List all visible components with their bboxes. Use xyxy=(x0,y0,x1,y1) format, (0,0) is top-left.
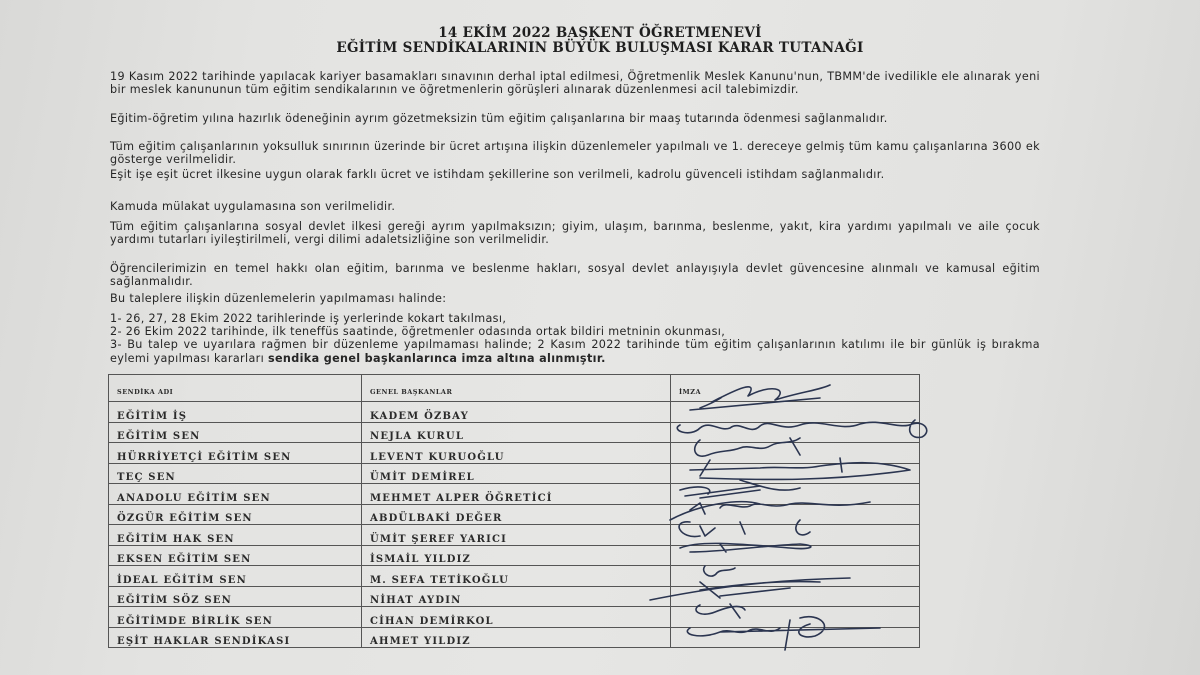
table-row: ANADOLU EĞİTİM SENMEHMET ALPER ÖĞRETİCİ xyxy=(109,484,920,505)
table-row: EĞİTİM SENNEJLA KURUL xyxy=(109,422,920,443)
document-photo: 14 EKİM 2022 BAŞKENT ÖĞRETMENEVİ EĞİTİM … xyxy=(0,0,1200,675)
president-name: ÜMİT DEMİREL xyxy=(362,463,671,484)
president-name: ÜMİT ŞEREF YARICI xyxy=(362,525,671,546)
union-name: EKSEN EĞİTİM SEN xyxy=(109,545,362,566)
signature-cell xyxy=(671,443,920,464)
table-row: ÖZGÜR EĞİTİM SENABDÜLBAKİ DEĞER xyxy=(109,504,920,525)
action-item-2: 2- 26 Ekim 2022 tarihinde, ilk teneffüs … xyxy=(110,325,1040,338)
action-item-3: 3- Bu talep ve uyarılara rağmen bir düze… xyxy=(110,338,1040,364)
header-signature: İMZA xyxy=(671,375,920,402)
table-row: HÜRRİYETÇİ EĞİTİM SENLEVENT KURUOĞLU xyxy=(109,443,920,464)
signature-cell xyxy=(671,566,920,587)
union-name: EĞİTİM İŞ xyxy=(109,402,362,423)
action-item-3-bold: sendika genel başkanlarınca imza altına … xyxy=(268,352,606,365)
header-union-name: SENDİKA ADI xyxy=(109,375,362,402)
president-name: MEHMET ALPER ÖĞRETİCİ xyxy=(362,484,671,505)
president-name: KADEM ÖZBAY xyxy=(362,402,671,423)
union-name: TEÇ SEN xyxy=(109,463,362,484)
header-presidents: GENEL BAŞKANLAR xyxy=(362,375,671,402)
paragraph-1: 19 Kasım 2022 tarihinde yapılacak kariye… xyxy=(110,70,1040,96)
paragraph-5: Kamuda mülakat uygulamasına son verilmel… xyxy=(110,200,1040,213)
table-row: EĞİTİM İŞKADEM ÖZBAY xyxy=(109,402,920,423)
paragraph-4: Eşit işe eşit ücret ilkesine uygun olara… xyxy=(110,168,1040,181)
signature-cell xyxy=(671,402,920,423)
table-row: EĞİTİMDE BİRLİK SENCİHAN DEMİRKOL xyxy=(109,607,920,628)
table-row: EŞİT HAKLAR SENDİKASIAHMET YILDIZ xyxy=(109,627,920,648)
president-name: İSMAİL YILDIZ xyxy=(362,545,671,566)
paragraph-3: Tüm eğitim çalışanlarının yoksulluk sını… xyxy=(110,140,1040,166)
table-row: EĞİTİM HAK SENÜMİT ŞEREF YARICI xyxy=(109,525,920,546)
paragraph-7: Öğrencilerimizin en temel hakkı olan eği… xyxy=(110,262,1040,288)
action-item-1: 1- 26, 27, 28 Ekim 2022 tarihlerinde iş … xyxy=(110,312,1040,325)
paragraph-2: Eğitim-öğretim yılına hazırlık ödeneğini… xyxy=(110,112,1040,125)
signature-cell xyxy=(671,525,920,546)
president-name: ABDÜLBAKİ DEĞER xyxy=(362,504,671,525)
union-name: ÖZGÜR EĞİTİM SEN xyxy=(109,504,362,525)
president-name: CİHAN DEMİRKOL xyxy=(362,607,671,628)
table-row: EKSEN EĞİTİM SENİSMAİL YILDIZ xyxy=(109,545,920,566)
table-row: İDEAL EĞİTİM SENM. SEFA TETİKOĞLU xyxy=(109,566,920,587)
signature-cell xyxy=(671,422,920,443)
signature-cell xyxy=(671,586,920,607)
union-name: HÜRRİYETÇİ EĞİTİM SEN xyxy=(109,443,362,464)
document-subtitle: EĞİTİM SENDİKALARININ BÜYÜK BULUŞMASI KA… xyxy=(0,40,1200,56)
union-name: EĞİTİM SEN xyxy=(109,422,362,443)
signature-cell xyxy=(671,463,920,484)
union-name: ANADOLU EĞİTİM SEN xyxy=(109,484,362,505)
signature-cell xyxy=(671,504,920,525)
paragraph-6: Tüm eğitim çalışanlarına sosyal devlet i… xyxy=(110,220,1040,246)
union-name: EĞİTİM HAK SEN xyxy=(109,525,362,546)
table-header-row: SENDİKA ADI GENEL BAŞKANLAR İMZA xyxy=(109,375,920,402)
signature-cell xyxy=(671,607,920,628)
union-name: EĞİTİMDE BİRLİK SEN xyxy=(109,607,362,628)
president-name: NEJLA KURUL xyxy=(362,422,671,443)
president-name: AHMET YILDIZ xyxy=(362,627,671,648)
president-name: M. SEFA TETİKOĞLU xyxy=(362,566,671,587)
table-row: TEÇ SENÜMİT DEMİREL xyxy=(109,463,920,484)
union-name: EĞİTİM SÖZ SEN xyxy=(109,586,362,607)
president-name: NİHAT AYDIN xyxy=(362,586,671,607)
union-name: EŞİT HAKLAR SENDİKASI xyxy=(109,627,362,648)
signature-table: SENDİKA ADI GENEL BAŞKANLAR İMZA EĞİTİM … xyxy=(108,374,920,648)
signature-cell xyxy=(671,545,920,566)
document-title: 14 EKİM 2022 BAŞKENT ÖĞRETMENEVİ xyxy=(0,25,1200,41)
signature-cell xyxy=(671,484,920,505)
table-row: EĞİTİM SÖZ SENNİHAT AYDIN xyxy=(109,586,920,607)
paragraph-8: Bu taleplere ilişkin düzenlemelerin yapı… xyxy=(110,292,1040,305)
president-name: LEVENT KURUOĞLU xyxy=(362,443,671,464)
union-name: İDEAL EĞİTİM SEN xyxy=(109,566,362,587)
action-list: 1- 26, 27, 28 Ekim 2022 tarihlerinde iş … xyxy=(110,312,1040,365)
signature-cell xyxy=(671,627,920,648)
